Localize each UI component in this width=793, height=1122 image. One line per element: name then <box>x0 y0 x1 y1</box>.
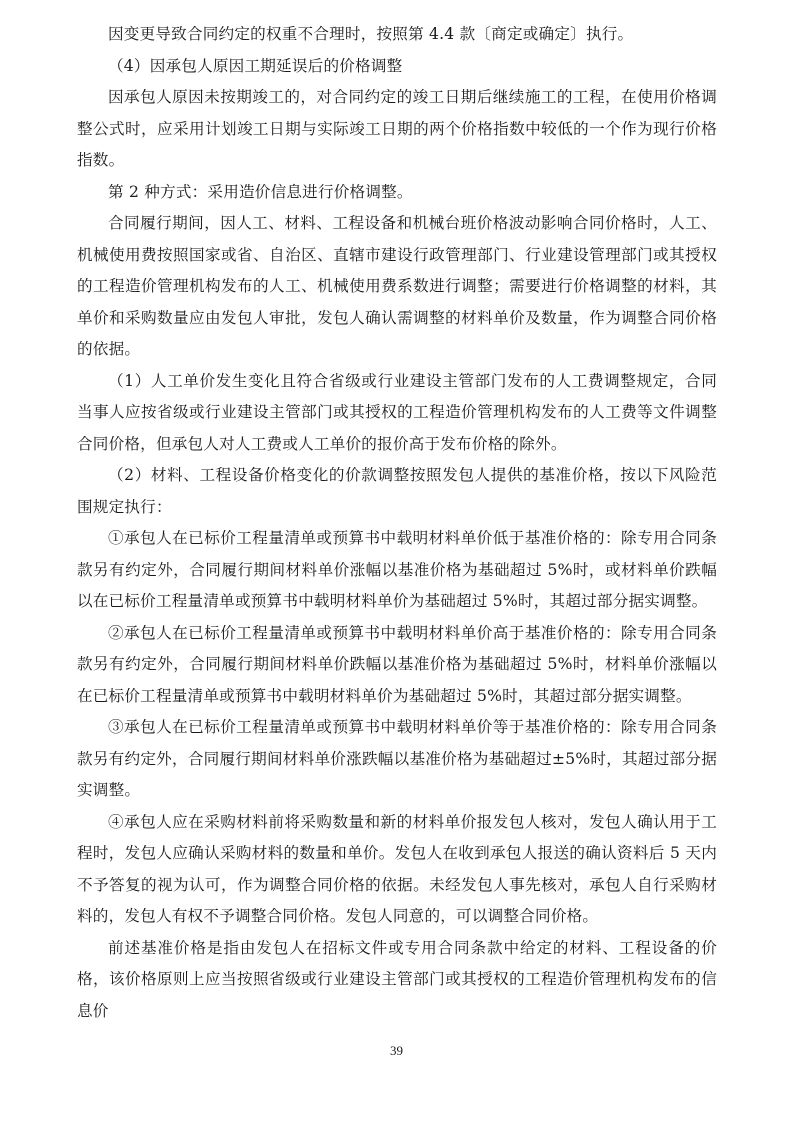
heading-method-2: 第 2 种方式：采用造价信息进行价格调整。 <box>77 177 717 209</box>
document-body: 因变更导致合同约定的权重不合理时，按照第 4.4 款〔商定或确定〕执行。 （4）… <box>77 19 717 1027</box>
paragraph-weight-change: 因变更导致合同约定的权重不合理时，按照第 4.4 款〔商定或确定〕执行。 <box>77 19 717 51</box>
paragraph-material-equipment-price: （2）材料、工程设备价格变化的价款调整按照发包人提供的基准价格，按以下风险范围规… <box>77 460 717 523</box>
paragraph-labor-unit-price: （1）人工单价发生变化且符合省级或行业建设主管部门发布的人工费调整规定，合同当事… <box>77 366 717 461</box>
paragraph-base-price-definition: 前述基准价格是指由发包人在招标文件或专用合同条款中给定的材料、工程设备的价格，该… <box>77 933 717 1028</box>
paragraph-item-4-procurement-check: ④承包人应在采购材料前将采购数量和新的材料单价报发包人核对，发包人确认用于工程时… <box>77 807 717 933</box>
paragraph-item-2-higher-than-base: ②承包人在已标价工程量清单或预算书中载明材料单价高于基准价格的：除专用合同条款另… <box>77 618 717 713</box>
heading-delay-price-adjustment: （4）因承包人原因工期延误后的价格调整 <box>77 51 717 83</box>
paragraph-delay-price-index: 因承包人原因未按期竣工的，对合同约定的竣工日期后继续施工的工程，在使用价格调整公… <box>77 82 717 177</box>
paragraph-cost-info-adjustment: 合同履行期间，因人工、材料、工程设备和机械台班价格波动影响合同价格时，人工、机械… <box>77 208 717 366</box>
paragraph-item-1-lower-than-base: ①承包人在已标价工程量清单或预算书中载明材料单价低于基准价格的：除专用合同条款另… <box>77 523 717 618</box>
paragraph-item-3-equal-to-base: ③承包人在已标价工程量清单或预算书中载明材料单价等于基准价格的：除专用合同条款另… <box>77 712 717 807</box>
page-number: 39 <box>0 1043 793 1059</box>
